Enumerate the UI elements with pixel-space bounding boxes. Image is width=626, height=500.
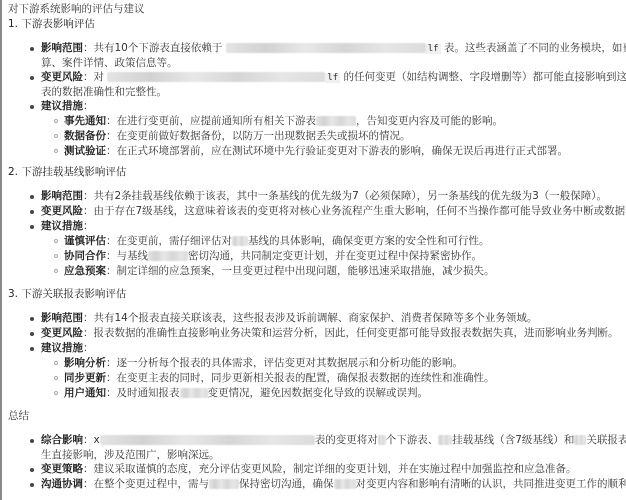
s1-bullet-scope-cont: 算、案件详情、政策信息等。: [41, 56, 178, 70]
bullet-dot-icon: [30, 225, 34, 229]
s3-bullet-scope: 影响范围：共有14个报表直接关联该表，这些报表涉及诉前调解、商家保护、消费者保障…: [41, 311, 537, 325]
bullet-dot-icon: [30, 347, 34, 351]
sub-bullet-circle-icon: [54, 119, 58, 123]
s2-measure-contingency: 应急预案：制定详细的应急预案，一旦变更过程中出现问题，能够迅速采取措施，减少损失…: [64, 264, 495, 278]
s2-measure-evaluate: 谨慎评估：在变更前，需仔细评估对基线的具体影响，确保变更方案的安全性和可行性。: [64, 234, 490, 248]
sub-bullet-circle-icon: [54, 361, 58, 365]
sub-bullet-circle-icon: [54, 134, 58, 138]
s1-measure-notify: 事先通知：在进行变更前，应提前通知所有相关下游表，告知变更内容及可能的影响。: [64, 114, 503, 128]
s2-measure-cooperate: 协同合作：与基线密切沟通，共同制定变更计划，并在变更过程中保持紧密协作。: [64, 249, 482, 263]
redacted-text: [232, 236, 248, 246]
s1-measure-backup: 数据备份：在变更前做好数据备份，以防万一出现数据丢失或损坏的情况。: [64, 129, 411, 143]
redacted-table-name: [107, 72, 325, 82]
redacted-text: [574, 435, 586, 445]
redacted-table-name: [100, 435, 315, 445]
bullet-dot-icon: [30, 483, 34, 487]
sub-bullet-circle-icon: [54, 239, 58, 243]
doc-title: 对下游系统影响的评估与建议: [8, 2, 145, 16]
summary-bullet-overall: 综合影响：x表的变更将对个下游表、挂载基线（含7级基线）和关联报表产: [41, 433, 626, 447]
redacted-text: [316, 116, 356, 126]
sub-bullet-circle-icon: [54, 254, 58, 258]
bullet-dot-icon: [30, 76, 34, 80]
summary-bullet-overall-cont: 生直接影响，涉及范围广，影响深远。: [41, 448, 220, 462]
s3-bullet-measures: 建议措施：: [41, 341, 94, 355]
quote-left-border: [0, 0, 2, 500]
bullet-dot-icon: [30, 468, 34, 472]
s1-bullet-risk-cont: 表的数据准确性和完整性。: [41, 85, 167, 99]
bullet-dot-icon: [30, 317, 34, 321]
s3-measure-sync: 同步更新：在变更主表的同时，同步更新相关报表的配置，确保报表数据的连续性和准确性…: [64, 371, 495, 385]
redacted-table-name: [226, 43, 426, 53]
redacted-text: [180, 388, 208, 398]
s3-measure-analyze: 影响分析：逐一分析每个报表的具体需求，评估变更对其数据展示和分析功能的影响。: [64, 356, 463, 370]
s3-bullet-risk: 变更风险：报表数据的准确性直接影响业务决策和运营分析，因此，任何变更都可能导致报…: [41, 326, 619, 340]
sub-bullet-circle-icon: [54, 149, 58, 153]
sub-bullet-circle-icon: [54, 269, 58, 273]
summary-heading: 总结: [8, 409, 29, 423]
summary-bullet-strategy: 变更策略：建议采取谨慎的态度，充分评估变更风险，制定详细的变更计划，并在实施过程…: [41, 462, 577, 476]
s1-bullet-measures: 建议措施：: [41, 99, 94, 113]
redacted-text: [378, 435, 386, 445]
section-1-heading: 1. 下游表影响评估: [8, 17, 95, 31]
section-2-heading: 2. 下游挂载基线影响评估: [8, 165, 126, 179]
s1-bullet-scope: 影响范围：共有10个下游表直接依赖于 lf 表。这些表涵盖了不同的业务模块，如费…: [41, 41, 626, 55]
bullet-dot-icon: [30, 195, 34, 199]
s1-measure-test: 测试验证：在正式环境部署前，应在测试环境中先行验证变更对下游表的影响，确保无误后…: [64, 144, 568, 158]
redacted-text: [148, 251, 188, 261]
bullet-dot-icon: [30, 332, 34, 336]
redacted-text: [438, 435, 452, 445]
bullet-dot-icon: [30, 105, 34, 109]
sub-bullet-circle-icon: [54, 391, 58, 395]
bullet-dot-icon: [30, 210, 34, 214]
sub-bullet-circle-icon: [54, 376, 58, 380]
s1-bullet-risk: 变更风险：对 lf 的任何变更（如结构调整、字段增删等）都可能直接影响到这10个…: [41, 70, 626, 84]
s2-bullet-measures: 建议措施：: [41, 219, 94, 233]
s3-measure-notify: 用户通知：及时通知报表变更情况，避免因数据变化导致的误解或误判。: [64, 386, 428, 400]
bullet-dot-icon: [30, 439, 34, 443]
redacted-text: [209, 479, 239, 489]
section-3-heading: 3. 下游关联报表影响评估: [8, 287, 126, 301]
s2-bullet-risk: 变更风险：由于存在7级基线，这意味着该表的变更将对核心业务流程产生重大影响，任何…: [41, 204, 626, 218]
summary-bullet-communication: 沟通协调：在整个变更过程中，需与保持密切沟通，确保对变更内容和影响有清晰的认识，…: [41, 477, 626, 491]
s2-bullet-scope: 影响范围：共有2条挂载基线依赖于该表，其中一条基线的优先级为7（必须保障），另一…: [41, 189, 607, 203]
bullet-dot-icon: [30, 47, 34, 51]
redacted-text: [334, 479, 356, 489]
